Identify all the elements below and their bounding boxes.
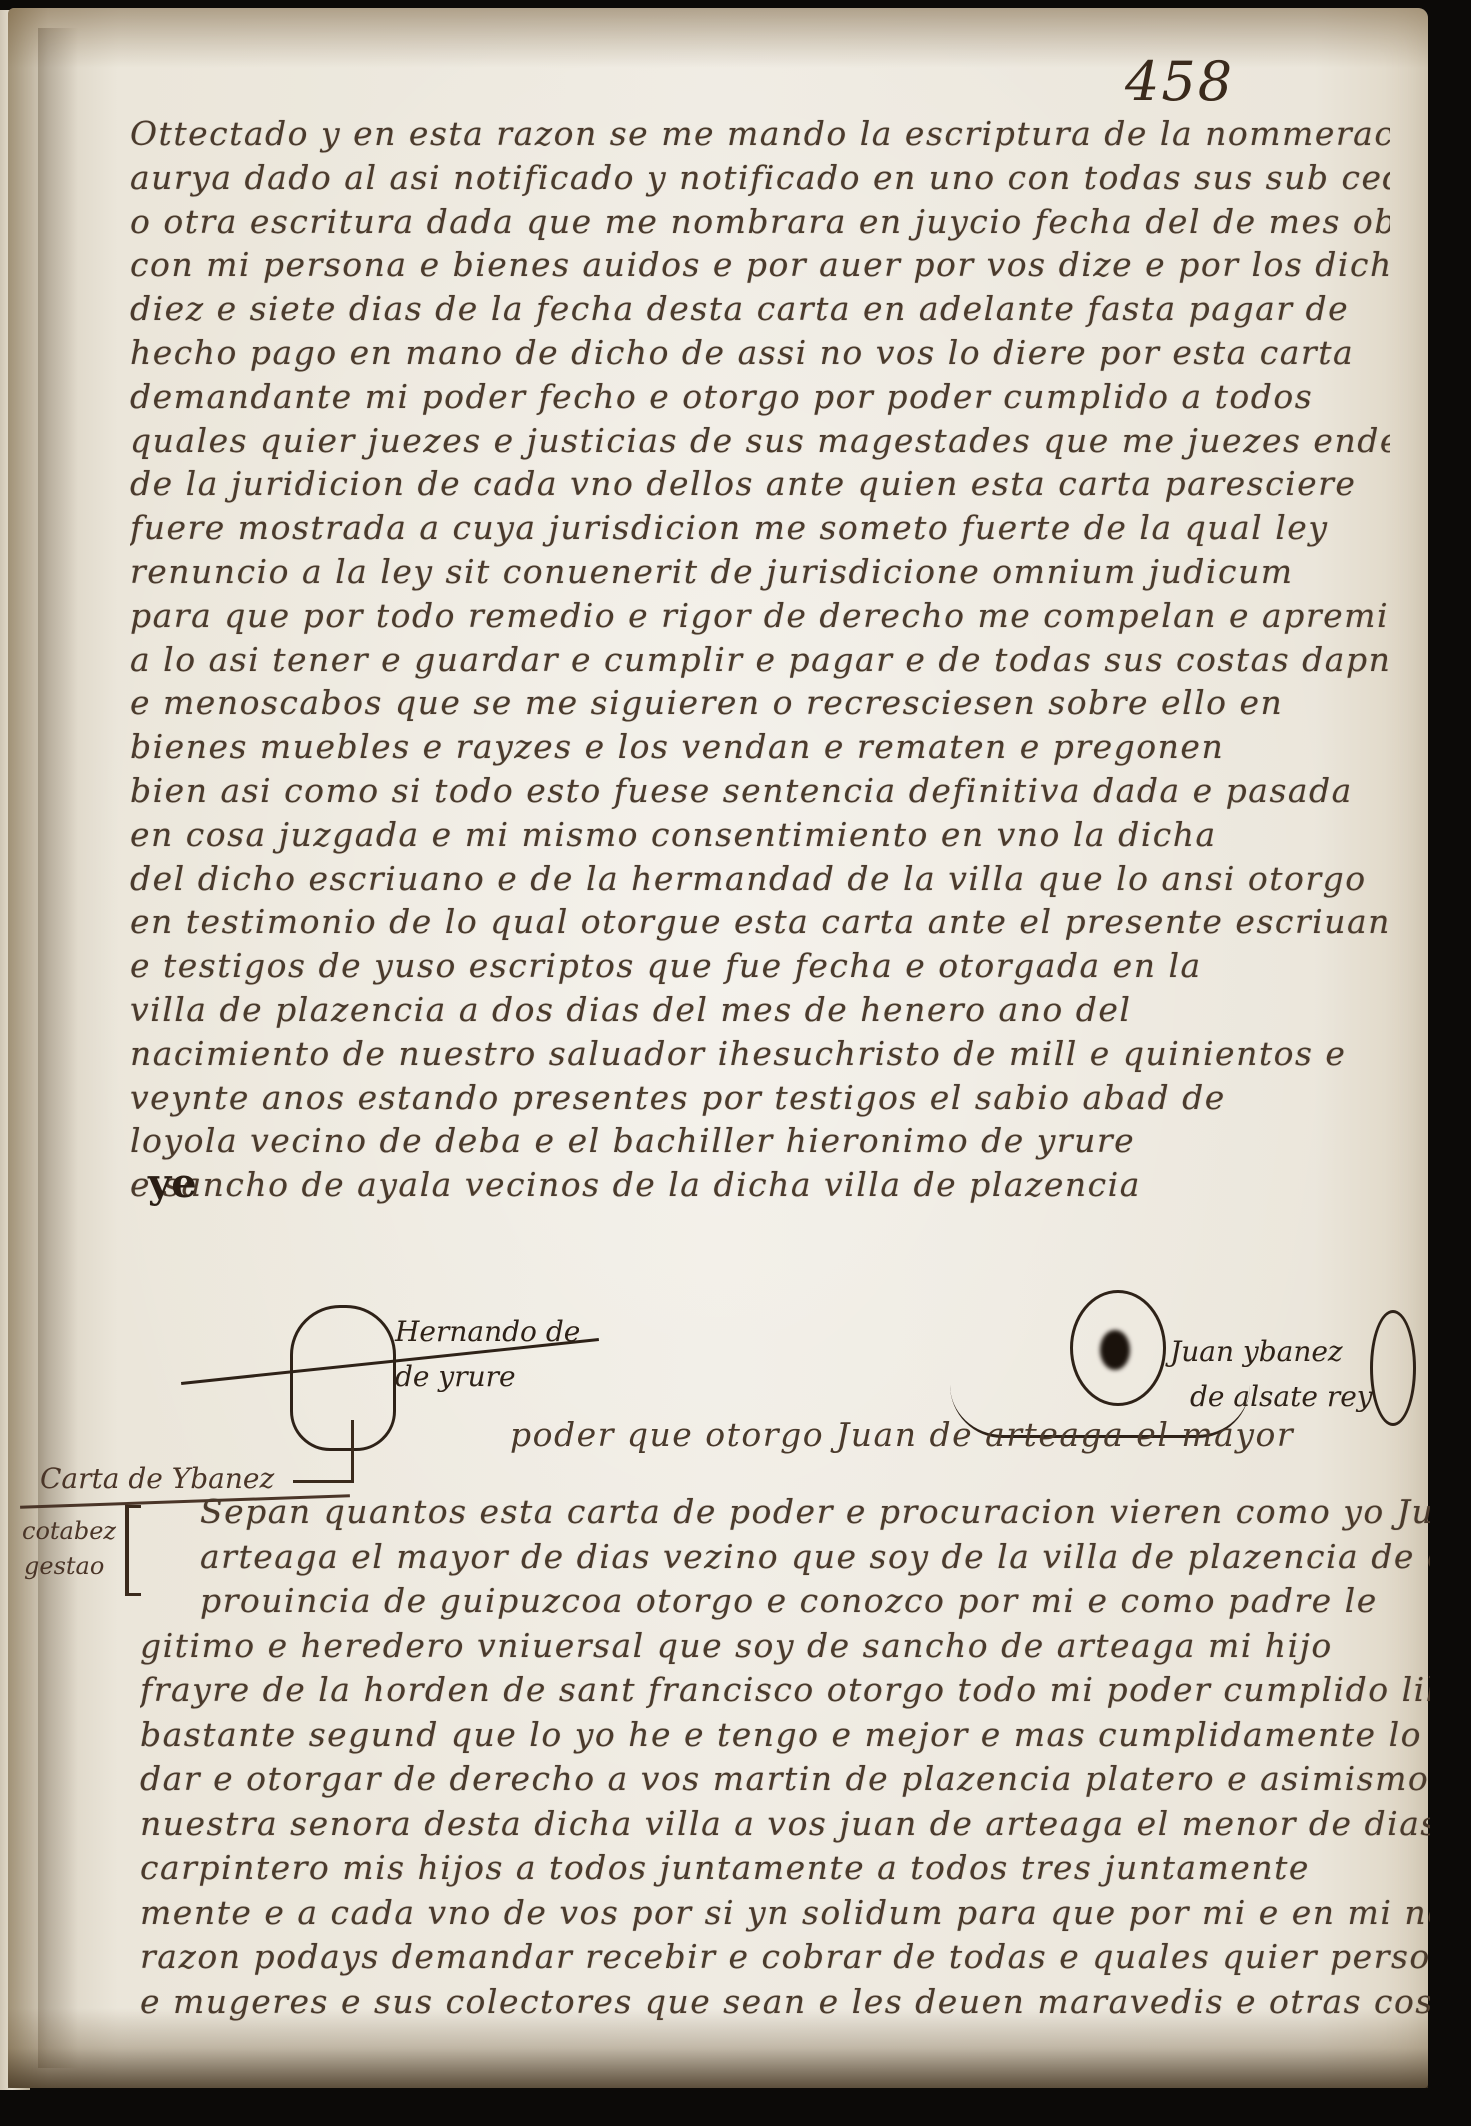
margin-note: cotabez bbox=[22, 1517, 116, 1545]
text-line: e sancho de ayala vecinos de la dicha vi… bbox=[130, 1163, 1390, 1207]
second-entry-text: Sepan quantos esta carta de poder e proc… bbox=[140, 1490, 1430, 2024]
folio-number: 458 bbox=[1125, 50, 1234, 113]
text-line: hecho pago en mano de dicho de assi no v… bbox=[130, 331, 1390, 375]
text-line: e menoscabos que se me siguieren o recre… bbox=[130, 681, 1390, 725]
second-entry-heading: poder que otorgo Juan de arteaga el mayo… bbox=[510, 1415, 1294, 1454]
text-line: fuere mostrada a cuya jurisdicion me som… bbox=[130, 506, 1390, 550]
signature-name-line2: de alsate rey bbox=[1190, 1380, 1373, 1413]
text-line: para que por todo remedio e rigor de der… bbox=[130, 594, 1390, 638]
margin-bracket bbox=[125, 1505, 141, 1596]
text-line: de la juridicion de cada vno dellos ante… bbox=[130, 462, 1390, 506]
text-line: carpintero mis hijos a todos juntamente … bbox=[140, 1846, 1430, 1891]
text-line: demandante mi poder fecho e otorgo por p… bbox=[130, 375, 1390, 419]
text-line: con mi persona e bienes auidos e por aue… bbox=[130, 243, 1390, 287]
text-line: bienes muebles e rayzes e los vendan e r… bbox=[130, 725, 1390, 769]
signature-name-line1: Hernando de bbox=[395, 1315, 580, 1348]
text-line: dar e otorgar de derecho a vos martin de… bbox=[140, 1757, 1430, 1802]
text-line: del dicho escriuano e de la hermandad de… bbox=[130, 857, 1390, 901]
text-line: villa de plazencia a dos dias del mes de… bbox=[130, 988, 1390, 1032]
ink-blot bbox=[1100, 1330, 1130, 1370]
signature-name-line2: de yrure bbox=[395, 1360, 516, 1393]
text-line: aurya dado al asi notificado y notificad… bbox=[130, 156, 1390, 200]
text-line: prouincia de guipuzcoa otorgo e conozco … bbox=[140, 1579, 1430, 1624]
margin-mark: ye bbox=[148, 1160, 197, 1207]
text-line: e testigos de yuso escriptos que fue fec… bbox=[130, 944, 1390, 988]
text-line: quales quier juezes e justicias de sus m… bbox=[130, 419, 1390, 463]
gutter-shadow bbox=[38, 28, 78, 2068]
margin-bracket-box bbox=[293, 1420, 354, 1483]
text-line: razon podays demandar recebir e cobrar d… bbox=[140, 1935, 1430, 1980]
text-line: frayre de la horden de sant francisco ot… bbox=[140, 1668, 1430, 1713]
manuscript-scan: 458 Ottectado y en esta razon se me mand… bbox=[0, 0, 1471, 2126]
main-text-block: Ottectado y en esta razon se me mando la… bbox=[130, 112, 1390, 1207]
signature-name-line1: Juan ybanez bbox=[1170, 1335, 1343, 1368]
text-line: nuestra senora desta dicha villa a vos j… bbox=[140, 1802, 1430, 1847]
text-line: loyola vecino de deba e el bachiller hie… bbox=[130, 1119, 1390, 1163]
text-line: arteaga el mayor de dias vezino que soy … bbox=[140, 1535, 1430, 1580]
text-line: bien asi como si todo esto fuese sentenc… bbox=[130, 769, 1390, 813]
text-line: Ottectado y en esta razon se me mando la… bbox=[130, 112, 1390, 156]
text-line: mente e a cada vno de vos por si yn soli… bbox=[140, 1891, 1430, 1936]
text-line: o otra escritura dada que me nombrara en… bbox=[130, 200, 1390, 244]
rubric-loop bbox=[1370, 1310, 1416, 1426]
text-line: nacimiento de nuestro saluador ihesuchri… bbox=[130, 1032, 1390, 1076]
text-line: bastante segund que lo yo he e tengo e m… bbox=[140, 1713, 1430, 1758]
text-line: gitimo e heredero vniuersal que soy de s… bbox=[140, 1624, 1430, 1669]
text-line: e mugeres e sus colectores que sean e le… bbox=[140, 1980, 1430, 2025]
text-line: a lo asi tener e guardar e cumplir e pag… bbox=[130, 638, 1390, 682]
margin-note: gestao bbox=[24, 1552, 104, 1580]
text-line: Sepan quantos esta carta de poder e proc… bbox=[140, 1490, 1430, 1535]
text-line: diez e siete dias de la fecha desta cart… bbox=[130, 287, 1390, 331]
text-line: veynte anos estando presentes por testig… bbox=[130, 1076, 1390, 1120]
text-line: renuncio a la ley sit conuenerit de juri… bbox=[130, 550, 1390, 594]
text-line: en testimonio de lo qual otorgue esta ca… bbox=[130, 900, 1390, 944]
text-line: en cosa juzgada e mi mismo consentimient… bbox=[130, 813, 1390, 857]
